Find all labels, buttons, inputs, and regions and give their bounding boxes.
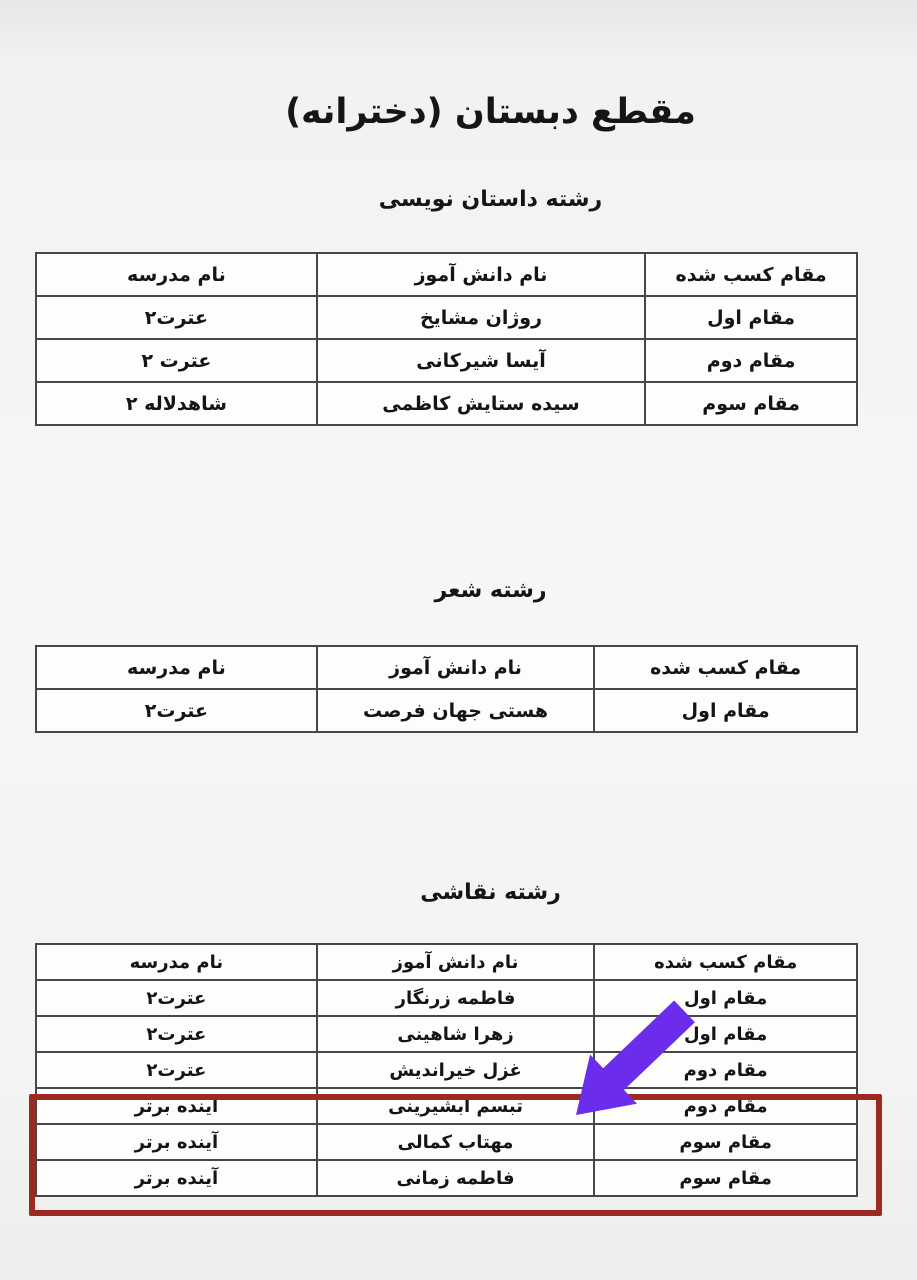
table-cell: غزل خیراندیش [317,1052,594,1088]
arrow-shape [576,1001,695,1116]
story-writing-table: مقام کسب شدهنام دانش آموزنام مدرسهمقام ا… [35,252,858,426]
table-cell: عترت۲ [36,296,317,339]
table-cell: شاهدلاله ۲ [36,382,317,425]
column-header: مقام کسب شده [594,646,857,689]
table-cell: مقام دوم [645,339,857,382]
table-cell: هستی جهان فرصت [317,689,594,732]
table-row: مقام دومغزل خیراندیشعترت۲ [36,1052,857,1088]
header-row: مقام کسب شدهنام دانش آموزنام مدرسه [36,944,857,980]
table-cell: عترت۲ [36,1016,317,1052]
table-cell: روژان مشایخ [317,296,645,339]
table-cell: سیده ستایش کاظمی [317,382,645,425]
table-cell: عترت ۲ [36,339,317,382]
document-page: مقطع دبستان (دخترانه) رشته داستان نویسی … [0,0,917,1280]
table-row: مقام اولزهرا شاهینیعترت۲ [36,1016,857,1052]
table-row: مقام سومسیده ستایش کاظمیشاهدلاله ۲ [36,382,857,425]
table-cell: زهرا شاهینی [317,1016,594,1052]
section-heading-painting: رشته نقاشی [0,880,917,905]
column-header: نام مدرسه [36,944,317,980]
table-row: مقام دومآیسا شیرکانیعترت ۲ [36,339,857,382]
column-header: مقام کسب شده [645,253,857,296]
table-cell: مقام اول [594,689,857,732]
table-row: مقام اولفاطمه زرنگارعترت۲ [36,980,857,1016]
column-header: نام مدرسه [36,646,317,689]
table-cell: عترت۲ [36,980,317,1016]
header-row: مقام کسب شدهنام دانش آموزنام مدرسه [36,253,857,296]
table-cell: فاطمه زرنگار [317,980,594,1016]
page-title: مقطع دبستان (دخترانه) [0,92,917,132]
table-cell: عترت۲ [36,1052,317,1088]
column-header: نام مدرسه [36,253,317,296]
highlight-box [29,1094,882,1216]
poetry-table: مقام کسب شدهنام دانش آموزنام مدرسهمقام ا… [35,645,858,733]
table-cell: مقام سوم [645,382,857,425]
column-header: نام دانش آموز [317,944,594,980]
annotation-arrow-icon [560,997,710,1127]
header-row: مقام کسب شدهنام دانش آموزنام مدرسه [36,646,857,689]
table-cell: مقام اول [645,296,857,339]
table-row: مقام اولهستی جهان فرصتعترت۲ [36,689,857,732]
column-header: نام دانش آموز [317,646,594,689]
section-heading-poetry: رشته شعر [0,578,917,603]
column-header: مقام کسب شده [594,944,857,980]
column-header: نام دانش آموز [317,253,645,296]
table-row: مقام اولروژان مشایخعترت۲ [36,296,857,339]
table-cell: آیسا شیرکانی [317,339,645,382]
section-heading-story-writing: رشته داستان نویسی [0,187,917,212]
table-cell: عترت۲ [36,689,317,732]
